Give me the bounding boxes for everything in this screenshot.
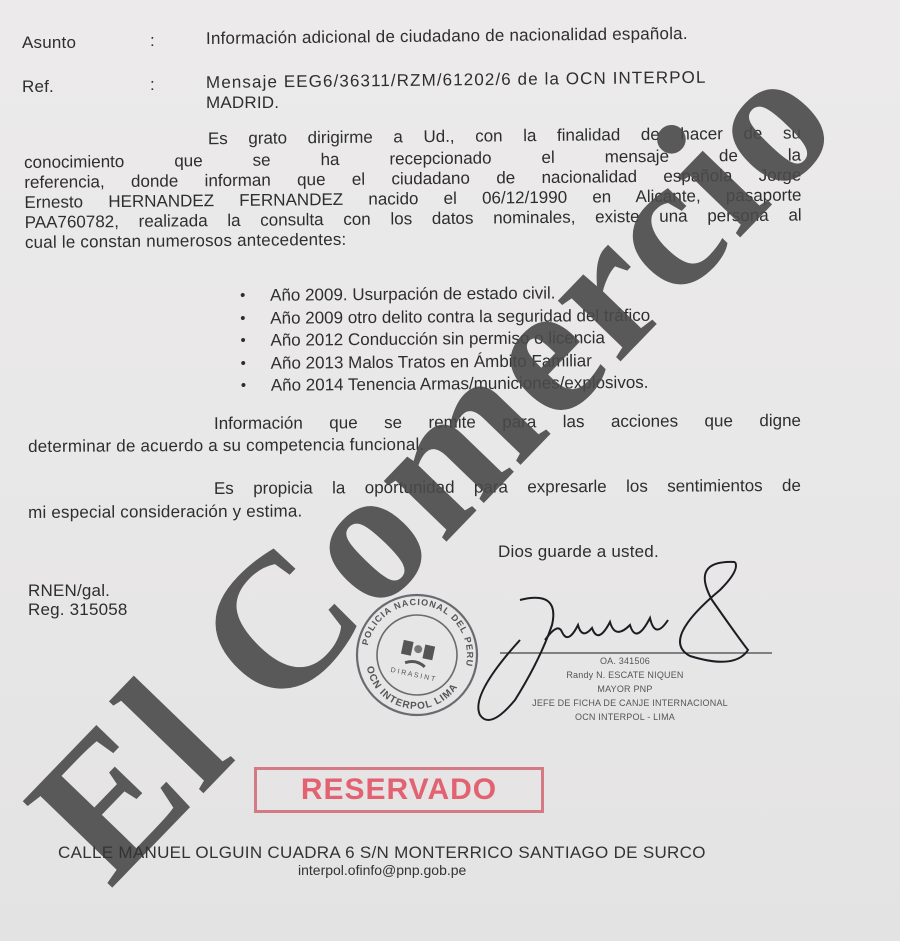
document-page: Asunto : Información adicional de ciudad… bbox=[0, 0, 900, 941]
footer-email: interpol.ofinfo@pnp.gob.pe bbox=[298, 862, 466, 878]
handwritten-signature-icon bbox=[478, 562, 772, 720]
footer-address: CALLE MANUEL OLGUIN CUADRA 6 S/N MONTERR… bbox=[58, 843, 706, 863]
reserved-classification-stamp: RESERVADO bbox=[254, 767, 544, 813]
svg-text:D I R A S I N T: D I R A S I N T bbox=[390, 667, 437, 683]
